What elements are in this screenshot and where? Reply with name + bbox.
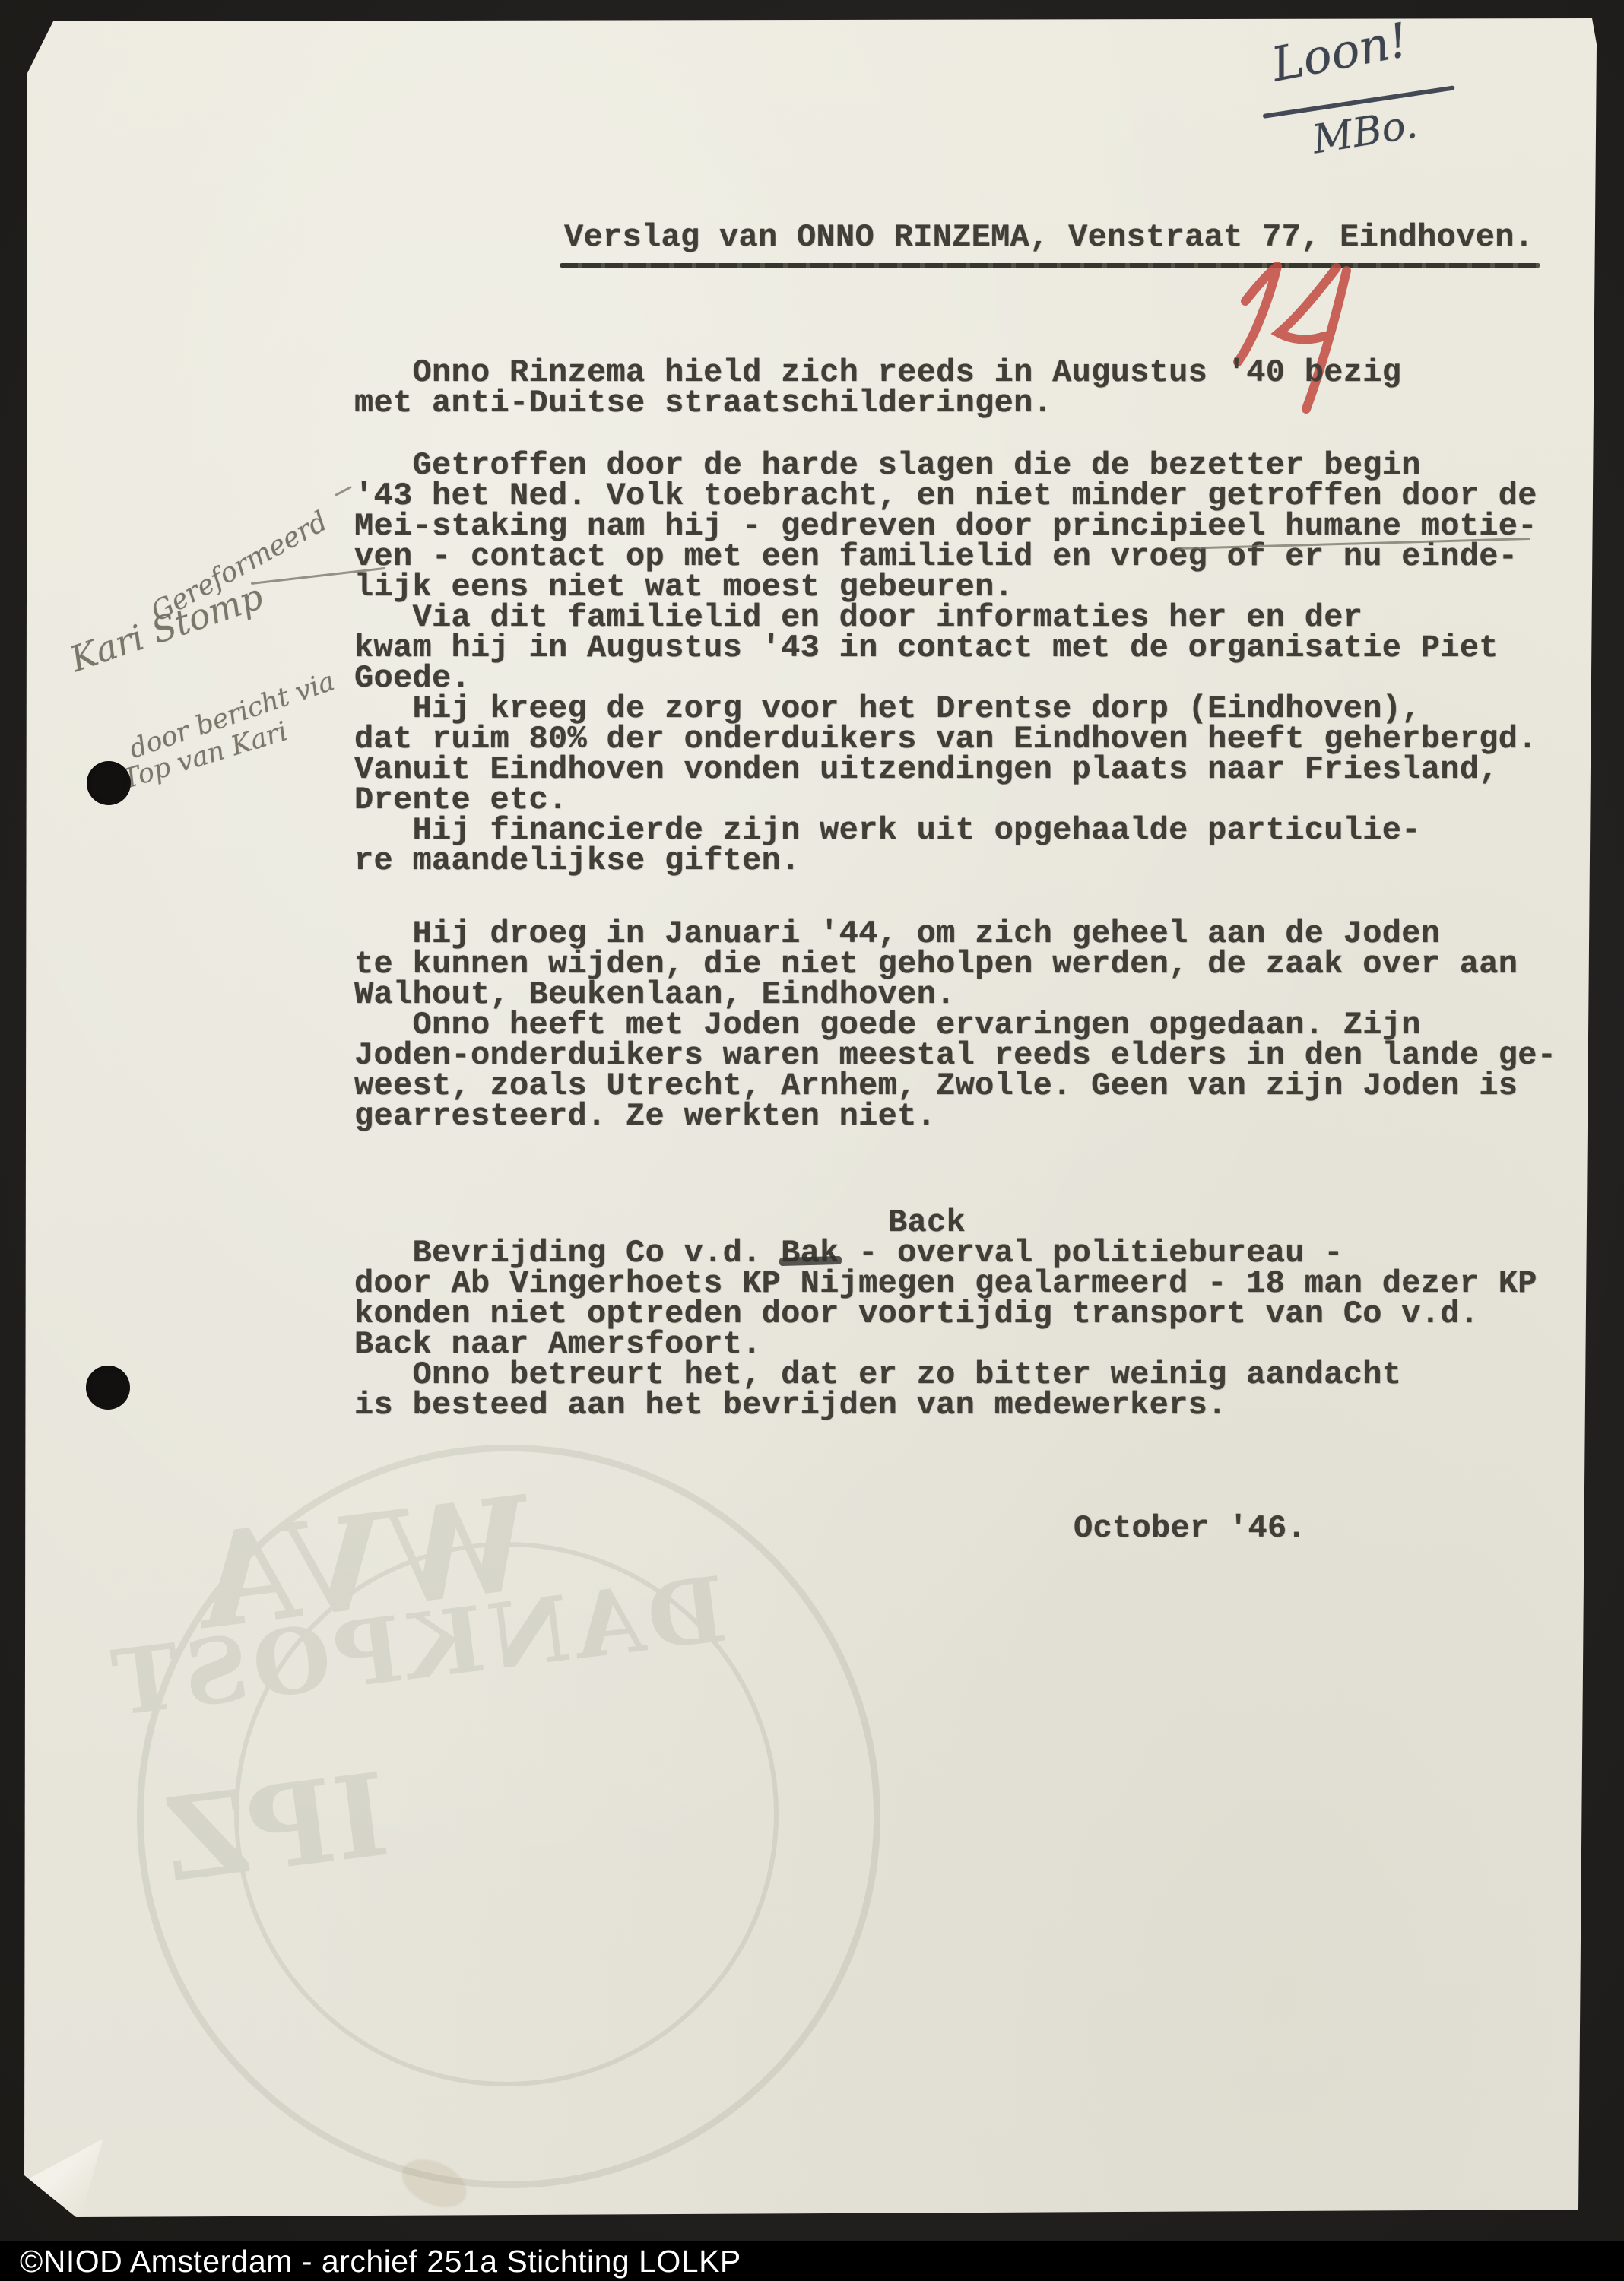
scan-background: Verslag van ONNO RINZEMA, Venstraat 77, … <box>0 0 1624 2281</box>
section-heading: Back <box>888 1207 966 1238</box>
paragraph-4: Bevrijding Co v.d. Bak - overval politie… <box>354 1238 1537 1420</box>
stamp-text-bottom: IPZ <box>158 1748 395 1908</box>
paragraph-1: Onno Rinzema hield zich reeds in Augustu… <box>354 357 1401 418</box>
overstrike-correction <box>779 1256 842 1266</box>
stamp-inner-ring <box>234 1542 779 2086</box>
date-line: October '46. <box>1074 1513 1306 1543</box>
title-underline <box>560 263 1540 268</box>
document-title: Verslag van ONNO RINZEMA, Venstraat 77, … <box>564 222 1534 252</box>
paper-fold-corner <box>26 2132 125 2219</box>
stamp-outer-ring <box>137 1445 880 2188</box>
punch-hole-bottom <box>86 1366 130 1410</box>
stamp-text-middle: DANKPOST <box>103 1556 732 1737</box>
paper-stain <box>395 2150 474 2217</box>
archive-caption-text: ©NIOD Amsterdam - archief 251a Stichting… <box>20 2244 741 2279</box>
archive-caption-bar: ©NIOD Amsterdam - archief 251a Stichting… <box>0 2241 1624 2281</box>
paragraph-2: Getroffen door de harde slagen die de be… <box>354 450 1537 876</box>
handwritten-initials: MBo. <box>1309 102 1420 163</box>
paragraph-3: Hij droeg in Januari '44, om zich geheel… <box>354 918 1556 1131</box>
stamp-text-top: WVA <box>188 1467 540 1659</box>
pencil-tick-mark <box>335 486 352 496</box>
handwritten-name: Loon! <box>1267 11 1413 92</box>
document-page: Verslag van ONNO RINZEMA, Venstraat 77, … <box>21 12 1597 2222</box>
punch-hole-top <box>87 761 131 805</box>
